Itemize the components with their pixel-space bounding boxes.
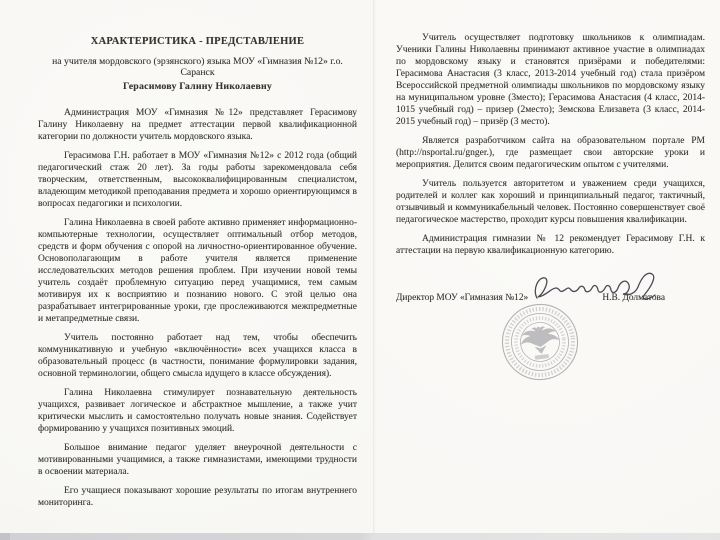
document-addressee: Герасимову Галину Николаевну — [38, 81, 357, 92]
page-right: Учитель осуществляет подготовку школьник… — [373, 0, 720, 533]
paragraph: Учитель пользуется авторитетом и уважени… — [396, 178, 705, 226]
paragraph: Галина Николаевна стимулирует познавател… — [38, 387, 357, 435]
signer-role: Директор МОУ «Гимназия №12» — [396, 293, 528, 303]
page-left: ХАРАКТЕРИСТИКА - ПРЕДСТАВЛЕНИЕ на учител… — [0, 0, 373, 533]
paragraph: Герасимова Г.Н. работает в МОУ «Гимназия… — [38, 150, 357, 210]
paragraph: Администрация гимназии № 12 рекомендует … — [396, 233, 705, 257]
paragraph: Учитель осуществляет подготовку школьник… — [396, 32, 705, 128]
paragraph: Администрация МОУ «Гимназия №12» предста… — [38, 107, 357, 143]
paragraph: Галина Николаевна в своей работе активно… — [38, 217, 357, 325]
paragraph: Его учащиеся показывают хорошие результа… — [38, 485, 357, 509]
document-title: ХАРАКТЕРИСТИКА - ПРЕДСТАВЛЕНИЕ — [38, 36, 357, 47]
paragraph: Учитель постоянно работает над тем, чтоб… — [38, 332, 357, 380]
paragraph: Является разработчиком сайта на образова… — [396, 135, 705, 171]
scanned-document: ХАРАКТЕРИСТИКА - ПРЕДСТАВЛЕНИЕ на учител… — [0, 0, 720, 540]
scanner-edge-notch — [0, 533, 10, 540]
document-header-line: на учителя мордовского (эрзянского) язык… — [38, 56, 357, 78]
paragraph: Большое внимание педагог уделяет внеуроч… — [38, 442, 357, 478]
scanner-edge-strip — [0, 533, 720, 540]
round-official-seal-double-headed-eagle-icon — [495, 297, 584, 386]
